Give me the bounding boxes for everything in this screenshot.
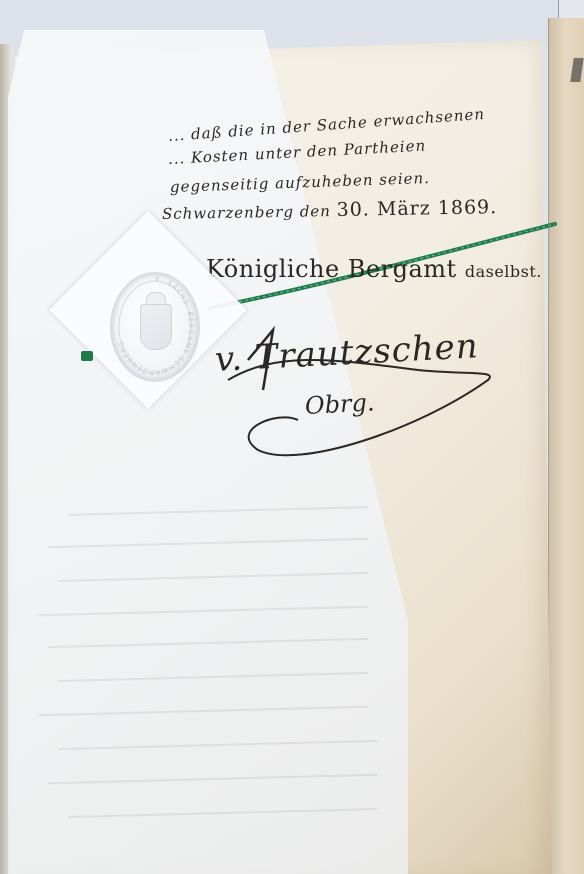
- adjacent-book-leaf: [548, 18, 584, 874]
- bleed-through-line: [48, 774, 378, 785]
- coat-of-arms-icon: [140, 304, 172, 350]
- bleed-through-line: [48, 638, 368, 648]
- issuing-office: Königliche Bergamt daselbst.: [206, 255, 542, 283]
- office-suffix: daselbst.: [465, 262, 542, 281]
- bleed-through-line: [68, 808, 378, 818]
- bleed-through-line: [58, 740, 378, 750]
- bleed-through-line: [48, 538, 368, 548]
- bleed-through-line: [68, 506, 368, 516]
- bleed-through-line: [58, 572, 368, 582]
- cord-end-icon: [81, 351, 93, 361]
- bleed-through-line: [38, 706, 368, 717]
- office-name: Königliche Bergamt: [206, 255, 457, 283]
- signature-title: Obrg.: [304, 388, 375, 420]
- bleed-through-line: [58, 672, 368, 682]
- bleed-through-line: [38, 606, 368, 617]
- embossed-seal: K. SÄCHS. BERGAMT SCHWARZENBERG: [110, 272, 200, 382]
